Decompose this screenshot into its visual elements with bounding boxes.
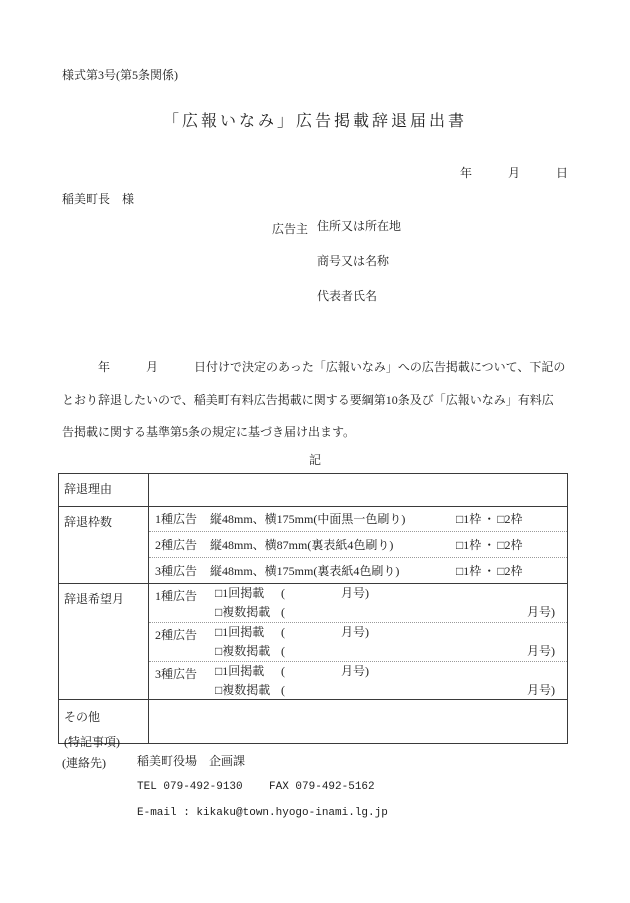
checkbox-multi-run[interactable]: □複数掲載 [215,681,281,700]
table-row-other: その他 (特記事項) [59,699,567,745]
paren-open: ( [281,662,285,681]
advertiser-field-address[interactable]: 住所又は所在地 [317,220,401,232]
checkbox-1waku[interactable]: □1枠 [456,564,481,578]
advertiser-field-representative[interactable]: 代表者氏名 [317,290,401,302]
note-heading: 記 [0,451,630,468]
checkbox-single-run[interactable]: □1回掲載 [215,623,281,642]
month-kind: 1種広告 [155,584,210,622]
dot-separator: ・ [483,512,495,526]
month-kind: 3種広告 [155,662,210,700]
form-number: 様式第3号(第5条関係) [62,66,178,83]
contact-tel-fax: TEL 079-492-9130 FAX 079-492-5162 [137,780,388,794]
body-line: 年 月 日付けで決定のあった「広報いなみ」への広告掲載について、下記の [62,351,572,384]
month-block-type1: 1種広告 □1回掲載(月号) □複数掲載(月号) [149,584,567,622]
row-label-slots: 辞退枠数 [59,507,149,583]
document-page: 様式第3号(第5条関係) 「広報いなみ」広告掲載辞退届出書 年 月 日 稲美町長… [0,0,630,903]
table-row-months: 辞退希望月 1種広告 □1回掲載(月号) □複数掲載(月号) 2種広告 [59,583,567,699]
body-line: 告掲載に関する基準第5条の規定に基づき届け出ます。 [62,416,572,449]
row-label-other-note: (特記事項) [64,730,148,755]
checkbox-1waku[interactable]: □1枠 [456,512,481,526]
slot-row-type3: 3種広告 縦48mm、横175mm(裏表紙4色刷り) □1枠・□2枠 [149,557,567,583]
contact-office: 稲美町役場 企画課 [137,754,388,768]
row-label-other: その他 [64,705,148,730]
row-label-reason: 辞退理由 [59,474,149,506]
checkbox-1waku[interactable]: □1枠 [456,538,481,552]
checkbox-multi-run[interactable]: □複数掲載 [215,642,281,661]
checkbox-multi-run[interactable]: □複数掲載 [215,603,281,622]
month-suffix: 月号) [527,603,555,622]
body-line: とおり辞退したいので、稲美町有料広告掲載に関する要綱第10条及び「広報いなみ」有… [62,384,572,417]
slot-row-type1: 1種広告 縦48mm、横175mm(中面黒一色刷り) □1枠・□2枠 [149,507,567,532]
paren-open: ( [281,681,285,700]
slot-kind: 3種広告 [155,562,210,579]
body-paragraph: 年 月 日付けで決定のあった「広報いなみ」への広告掲載について、下記の とおり辞… [62,351,572,449]
withdrawal-table: 辞退理由 辞退枠数 1種広告 縦48mm、横175mm(中面黒一色刷り) □1枠… [58,473,568,744]
month-suffix: 月号) [527,681,555,700]
month-suffix: 月号) [341,662,369,681]
paren-open: ( [281,584,285,603]
checkbox-2waku[interactable]: □2枠 [497,538,522,552]
slot-kind: 1種広告 [155,510,210,527]
contact-email: E-mail : kikaku@town.hyogo-inami.lg.jp [137,806,388,820]
advertiser-block: 広告主 住所又は所在地 商号又は名称 代表者氏名 [272,220,401,325]
month-kind: 2種広告 [155,623,210,661]
month-block-type3: 3種広告 □1回掲載(月号) □複数掲載(月号) [149,661,567,700]
paren-open: ( [281,603,285,622]
month-block-type2: 2種広告 □1回掲載(月号) □複数掲載(月号) [149,622,567,661]
checkbox-2waku[interactable]: □2枠 [497,512,522,526]
dot-separator: ・ [483,538,495,552]
dot-separator: ・ [483,564,495,578]
other-fill-field[interactable] [149,700,567,745]
checkbox-single-run[interactable]: □1回掲載 [215,584,281,603]
reason-fill-field[interactable] [149,474,567,506]
contact-label: (連絡先) [62,754,137,832]
table-row-slots: 辞退枠数 1種広告 縦48mm、横175mm(中面黒一色刷り) □1枠・□2枠 … [59,506,567,583]
table-row-reason: 辞退理由 [59,474,567,506]
addressee: 稲美町長 様 [62,190,134,207]
month-suffix: 月号) [527,642,555,661]
slot-kind: 2種広告 [155,536,210,553]
advertiser-field-company-name[interactable]: 商号又は名称 [317,255,401,267]
row-label-months: 辞退希望月 [59,584,149,699]
date-fill-line[interactable]: 年 月 日 [460,164,568,181]
paren-open: ( [281,623,285,642]
checkbox-2waku[interactable]: □2枠 [497,564,522,578]
slot-spec: 縦48mm、横175mm(裏表紙4色刷り) [210,562,456,579]
slot-spec: 縦48mm、横87mm(裏表紙4色刷り) [210,536,456,553]
advertiser-label: 広告主 [272,220,317,325]
month-suffix: 月号) [341,623,369,642]
checkbox-single-run[interactable]: □1回掲載 [215,662,281,681]
month-suffix: 月号) [341,584,369,603]
contact-block: (連絡先) 稲美町役場 企画課 TEL 079-492-9130 FAX 079… [62,754,388,832]
paren-open: ( [281,642,285,661]
slot-row-type2: 2種広告 縦48mm、横87mm(裏表紙4色刷り) □1枠・□2枠 [149,531,567,557]
slot-spec: 縦48mm、横175mm(中面黒一色刷り) [210,510,456,527]
page-title: 「広報いなみ」広告掲載辞退届出書 [0,108,630,131]
